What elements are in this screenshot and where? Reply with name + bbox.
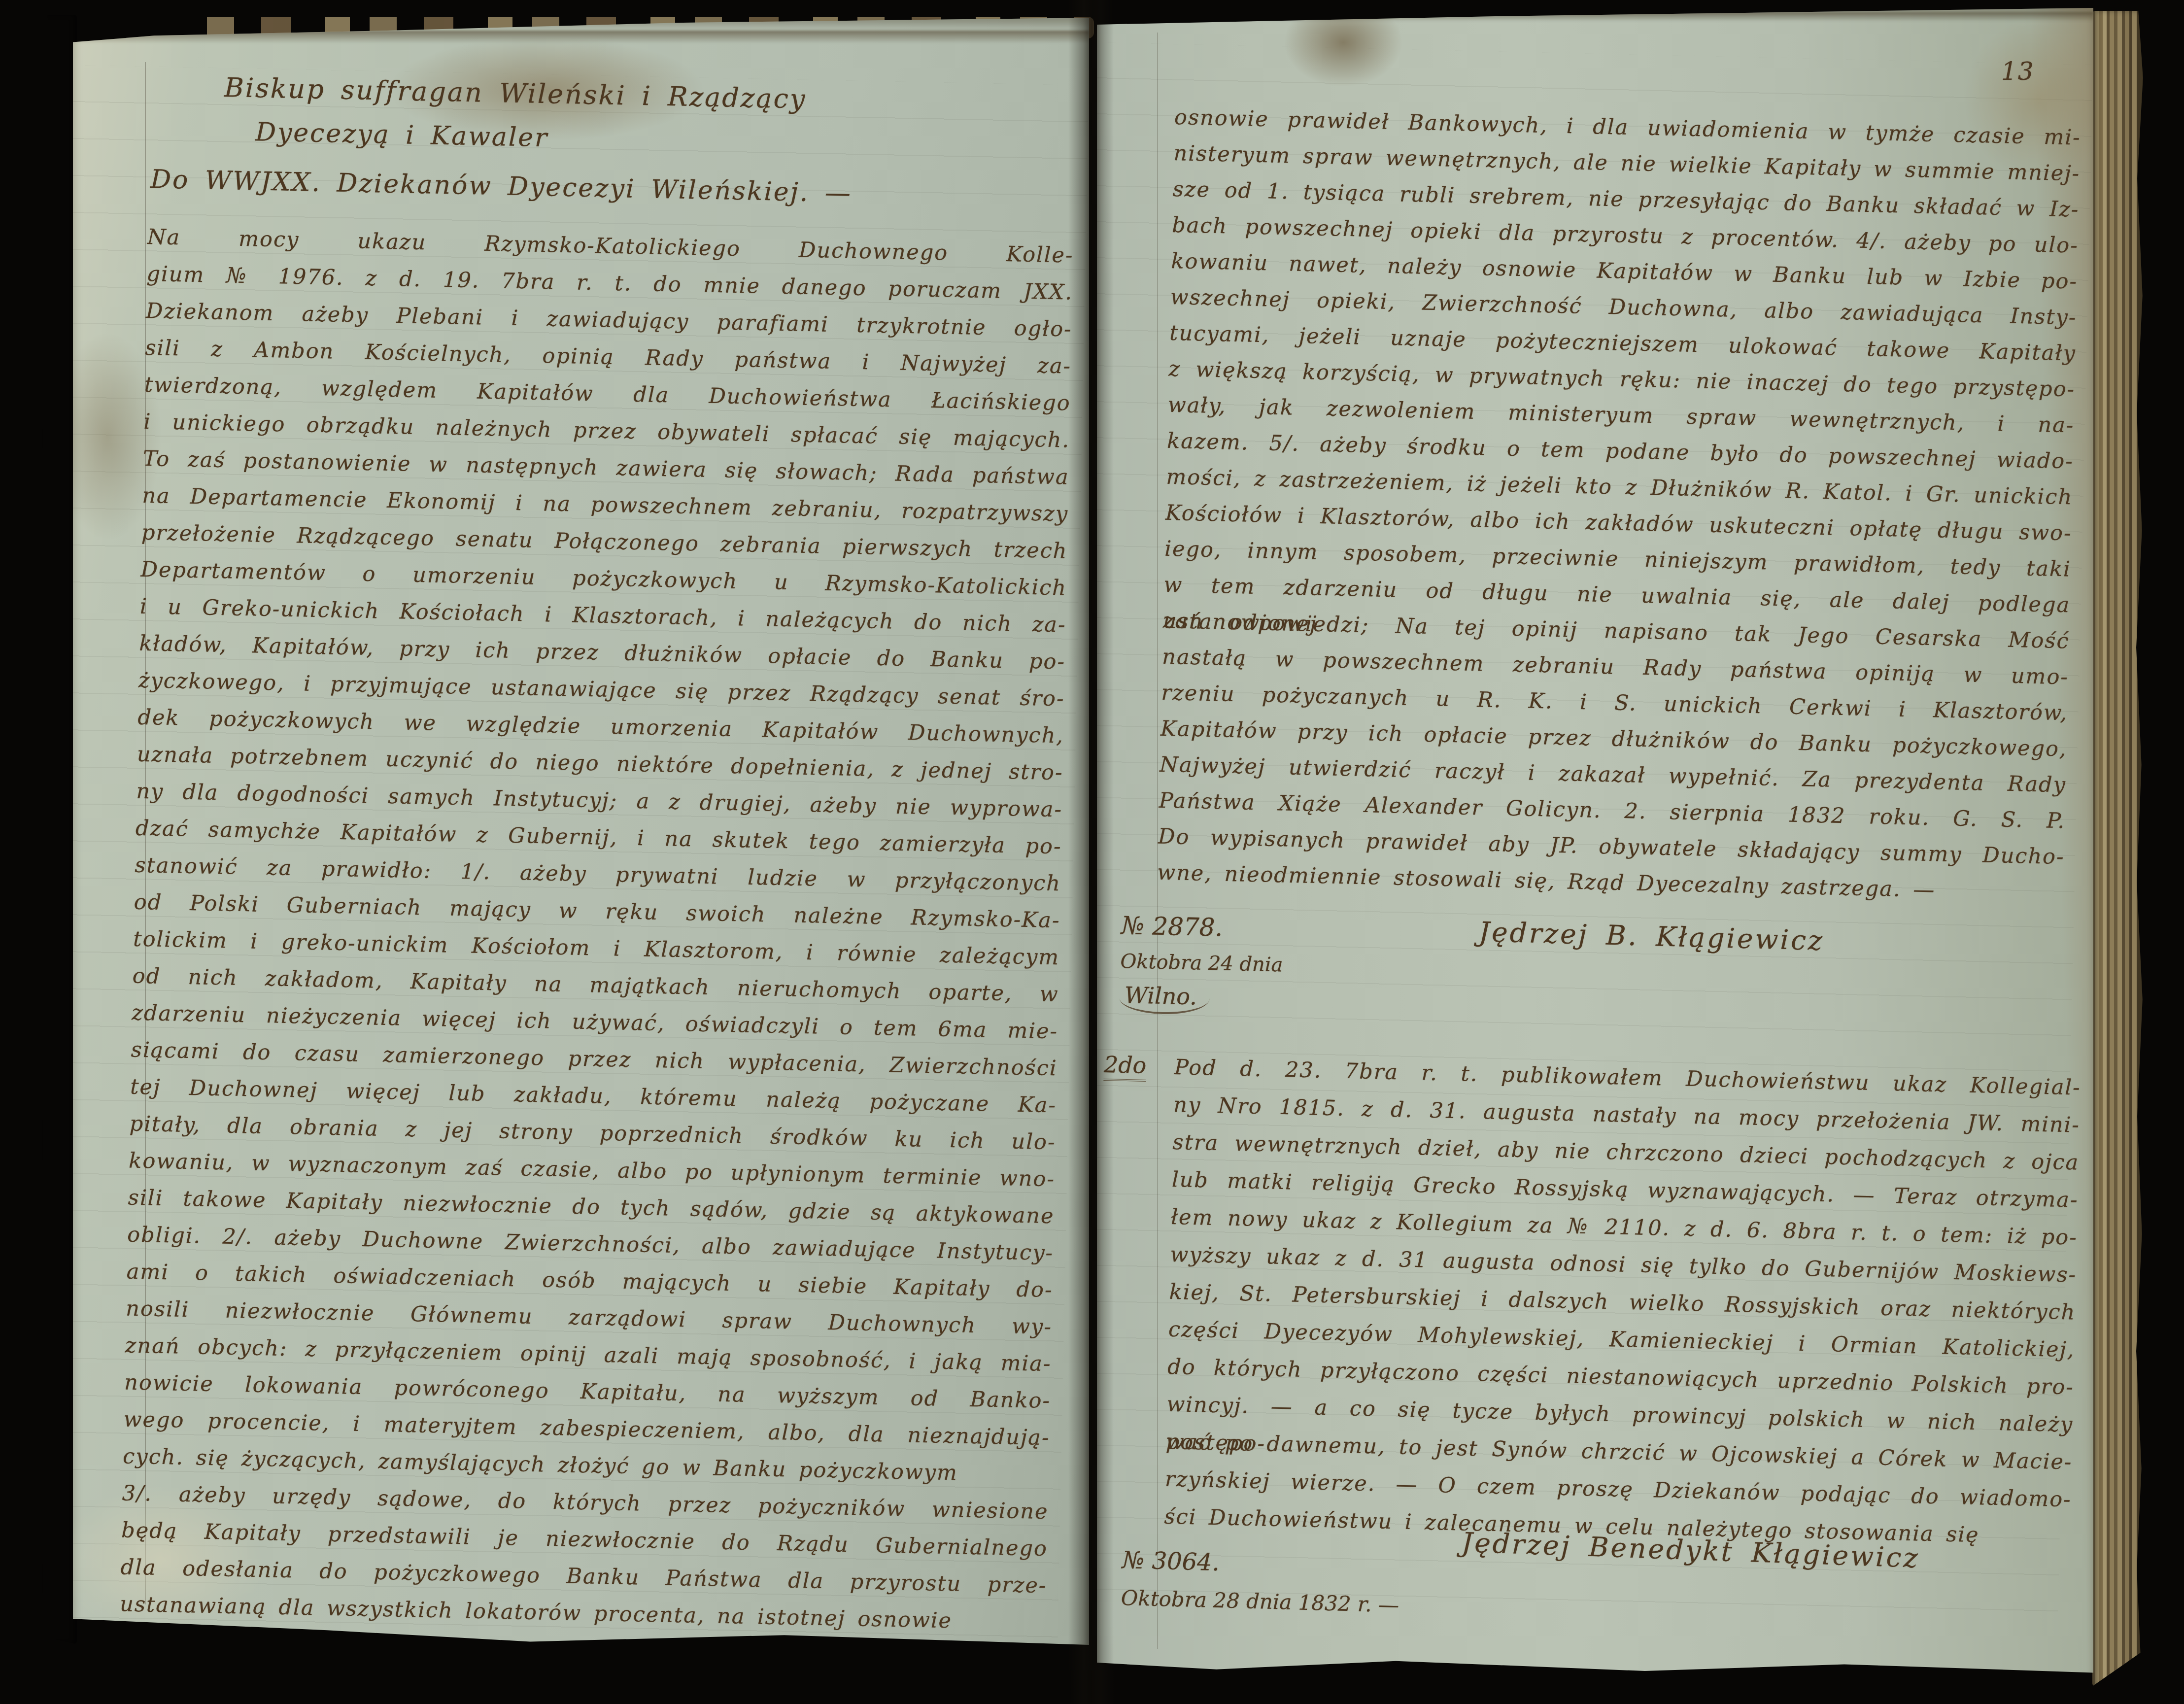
entry1-margin-note: № 2878. Oktobra 24 dnia Wilno. [1119, 906, 1284, 1020]
book-gutter [1068, 0, 1114, 1704]
manuscript-scan: Biskup suffragan Wileński i Rządzący Dye… [0, 0, 2184, 1704]
top-edge-smudge [1097, 12, 2093, 22]
left-page-edge-stack [41, 15, 77, 1644]
entry2-number: № 3064. [1122, 1539, 1400, 1588]
entry1-text: osnowie prawideł Bankowych, i dla uwiado… [1157, 100, 2082, 911]
stain [1284, 0, 1402, 87]
left-page: Biskup suffragan Wileński i Rządzący Dye… [73, 18, 1089, 1645]
left-page-text: Biskup suffragan Wileński i Rządzący Dye… [120, 65, 1077, 1641]
entry2-text: Pod d. 23. 7bra r. t. publikowałem Ducho… [1164, 1049, 2082, 1556]
right-page-edge-stack [2092, 11, 2145, 1686]
entry2-date: Oktobra 28 dnia 1832 r. — [1121, 1581, 1399, 1623]
entry1-place: Wilno. [1119, 982, 1210, 1015]
entry1-body: osnowie prawideł Bankowych, i dla uwiado… [1157, 100, 2082, 911]
right-page: 13 osnowie prawideł Bankowych, i dla uwi… [1097, 8, 2093, 1679]
page-number: 13 [2001, 57, 2035, 86]
entry2-body: Pod d. 23. 7bra r. t. publikowałem Ducho… [1164, 1049, 2082, 1556]
entry2-margin-note: № 3064. Oktobra 28 dnia 1832 r. — [1121, 1539, 1400, 1623]
entry1-number: № 2878. [1121, 906, 1284, 949]
left-page-body: Na mocy ukazu Rzymsko-Katolickiego Ducho… [120, 219, 1074, 1641]
entry1-date: Oktobra 24 dnia [1120, 945, 1284, 981]
